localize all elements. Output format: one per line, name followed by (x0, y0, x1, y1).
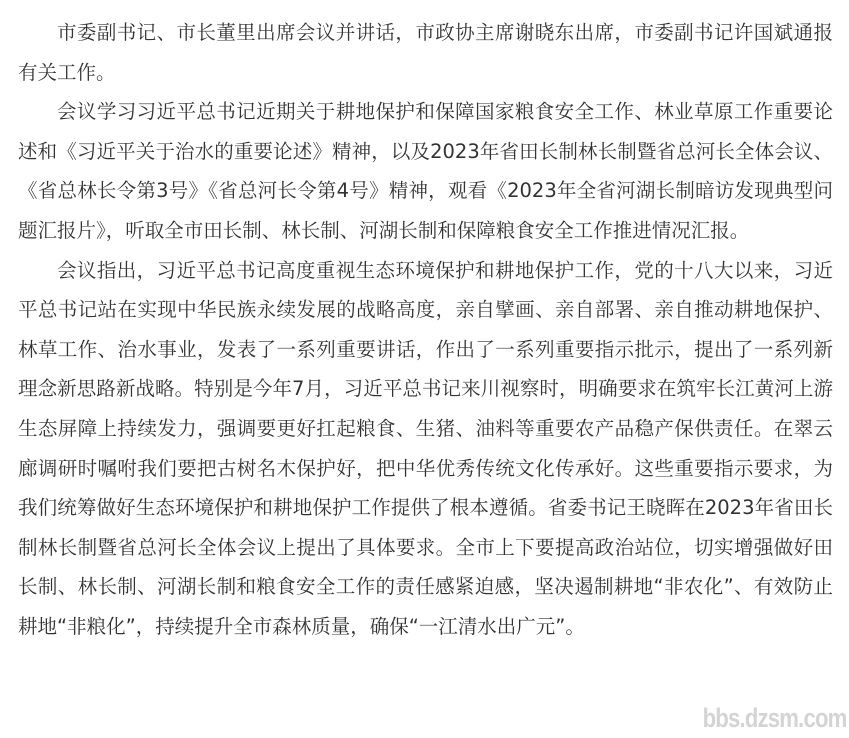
paragraph-attendees: 市委副书记、市长董里出席会议并讲话，市政协主席谢晓东出席，市委副书记许国斌通报有… (18, 13, 833, 92)
article-body: 市委副书记、市长董里出席会议并讲话，市政协主席谢晓东出席，市委副书记许国斌通报有… (18, 13, 833, 647)
paragraph-meeting-notes: 会议指出，习近平总书记高度重视生态环境保护和耕地保护工作，党的十八大以来，习近平… (18, 251, 833, 647)
site-watermark: bbs.dzsm.com (703, 703, 847, 734)
paragraph-study: 会议学习习近平总书记近期关于耕地保护和保障国家粮食安全工作、林业草原工作重要论述… (18, 92, 833, 250)
